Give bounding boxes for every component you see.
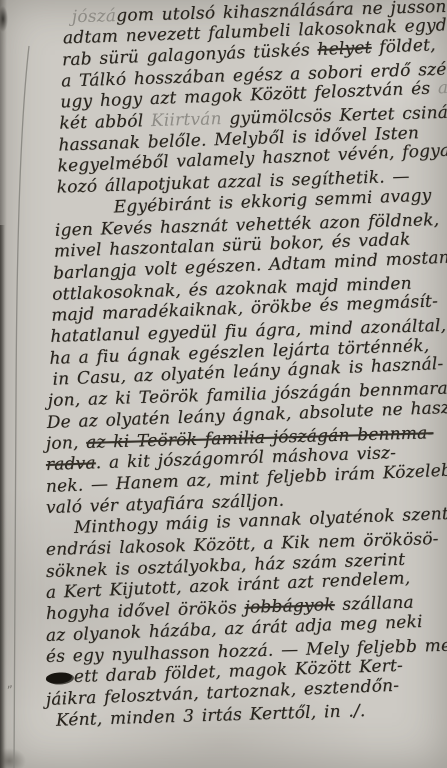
manuscript-page: „ jószágom utolsó kihasználására ne juss… <box>0 0 447 768</box>
text-segment: két abból <box>59 112 151 135</box>
text-segment: jószá <box>72 6 117 27</box>
ink-blot <box>46 672 72 684</box>
strikethrough-segment: radva <box>46 454 97 476</box>
text-segment: a tüs- <box>438 77 447 99</box>
pencil-margin-line <box>0 0 40 768</box>
text-segment: Kiirtván <box>151 110 222 132</box>
manuscript-text-block: jószágom utolsó kihasználására ne jusson… <box>46 8 447 732</box>
text-segment: jon, <box>46 433 87 454</box>
text-segment: földet, <box>371 35 436 58</box>
strikethrough-segment: helyet <box>317 37 372 59</box>
